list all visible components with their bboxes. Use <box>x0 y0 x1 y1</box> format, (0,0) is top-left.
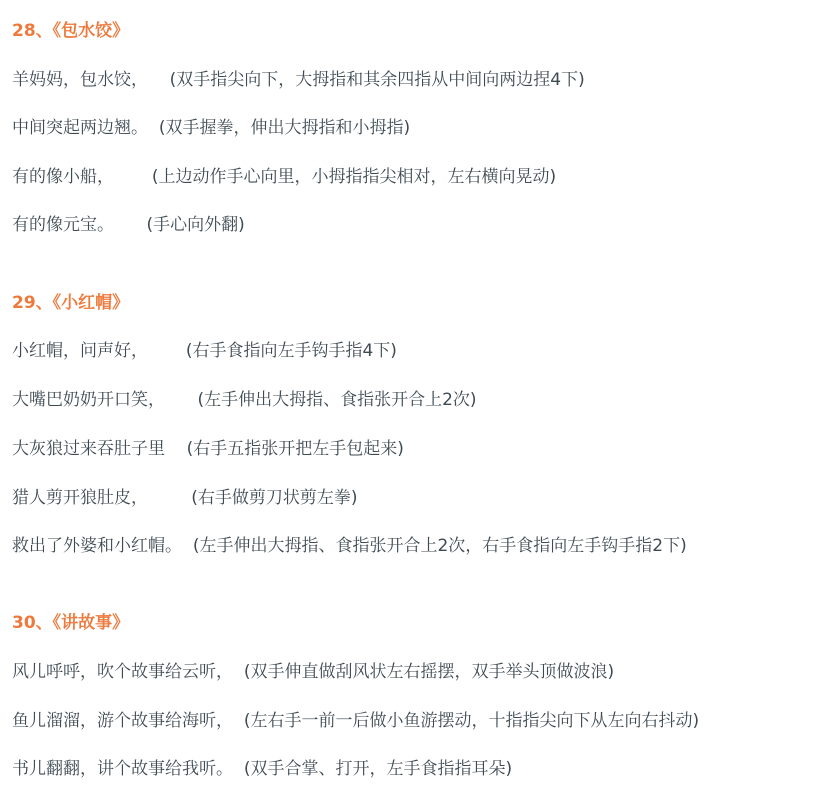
lyric-text: 有的像小船， <box>12 167 114 187</box>
verse-line: 羊妈妈，包水饺， (双手指尖向下，大拇指和其余四指从中间向两边捏4下) <box>12 68 585 92</box>
action-text: (右手食指向左手钩手指4下) <box>186 341 397 361</box>
spacer <box>182 536 193 556</box>
spacer <box>148 70 170 90</box>
lyric-text: 大灰狼过来吞肚子里 <box>12 439 165 459</box>
verse-line: 有的像小船， (上边动作手心向里，小拇指指尖相对，左右横向晃动) <box>12 165 556 189</box>
spacer <box>148 488 191 508</box>
action-text: (左手伸出大拇指、食指张开合上2次，右手食指向左手钩手指2下) <box>193 536 687 556</box>
action-text: (双手合掌、打开，左手食指指耳朵) <box>244 759 512 779</box>
action-text: (左手伸出大拇指、食指张开合上2次) <box>197 390 476 410</box>
spacer <box>233 711 244 731</box>
action-text: (双手伸直做刮风状左右摇摆，双手举头顶做波浪) <box>244 662 614 682</box>
verse-line: 小红帽，问声好， (右手食指向左手钩手指4下) <box>12 339 397 363</box>
verse-line: 风儿呼呼，吹个故事给云听， (双手伸直做刮风状左右摇摆，双手举头顶做波浪) <box>12 660 614 684</box>
verse-line: 鱼儿溜溜，游个故事给海听， (左右手一前一后做小鱼游摆动，十指指尖向下从左向右抖… <box>12 709 699 733</box>
lyric-text: 有的像元宝。 <box>12 215 114 235</box>
verse-line: 大灰狼过来吞肚子里 (右手五指张开把左手包起来) <box>12 437 404 461</box>
lyric-text: 小红帽，问声好， <box>12 341 148 361</box>
lyric-text: 风儿呼呼，吹个故事给云听， <box>12 662 233 682</box>
spacer <box>114 167 152 187</box>
action-text: (手心向外翻) <box>146 215 244 235</box>
verse-line: 猎人剪开狼肚皮， (右手做剪刀状剪左拳) <box>12 486 358 510</box>
action-text: (双手握拳，伸出大拇指和小拇指) <box>159 118 410 138</box>
lyric-text: 鱼儿溜溜，游个故事给海听， <box>12 711 233 731</box>
section-title-30: 30、《讲故事》 <box>12 611 129 635</box>
spacer <box>233 662 244 682</box>
spacer <box>233 759 244 779</box>
spacer <box>165 390 197 410</box>
lyric-text: 书儿翻翻，讲个故事给我听。 <box>12 759 233 779</box>
spacer <box>148 118 159 138</box>
lyric-text: 救出了外婆和小红帽。 <box>12 536 182 556</box>
spacer <box>148 341 186 361</box>
verse-line: 中间突起两边翘。 (双手握拳，伸出大拇指和小拇指) <box>12 116 410 140</box>
spacer <box>165 439 187 459</box>
lyric-text: 中间突起两边翘。 <box>12 118 148 138</box>
action-text: (右手做剪刀状剪左拳) <box>191 488 357 508</box>
lyric-text: 大嘴巴奶奶开口笑， <box>12 390 165 410</box>
section-title-28: 28、《包水饺》 <box>12 19 129 43</box>
action-text: (双手指尖向下，大拇指和其余四指从中间向两边捏4下) <box>170 70 585 90</box>
verse-line: 有的像元宝。 (手心向外翻) <box>12 213 245 237</box>
lyric-text: 羊妈妈，包水饺， <box>12 70 148 90</box>
verse-line: 大嘴巴奶奶开口笑， (左手伸出大拇指、食指张开合上2次) <box>12 388 477 412</box>
spacer <box>114 215 146 235</box>
action-text: (左右手一前一后做小鱼游摆动，十指指尖向下从左向右抖动) <box>244 711 699 731</box>
action-text: (右手五指张开把左手包起来) <box>187 439 404 459</box>
action-text: (上边动作手心向里，小拇指指尖相对，左右横向晃动) <box>152 167 556 187</box>
lyric-text: 猎人剪开狼肚皮， <box>12 488 148 508</box>
verse-line: 书儿翻翻，讲个故事给我听。 (双手合掌、打开，左手食指指耳朵) <box>12 757 512 781</box>
verse-line: 救出了外婆和小红帽。 (左手伸出大拇指、食指张开合上2次，右手食指向左手钩手指2… <box>12 534 687 558</box>
section-title-29: 29、《小红帽》 <box>12 291 129 315</box>
